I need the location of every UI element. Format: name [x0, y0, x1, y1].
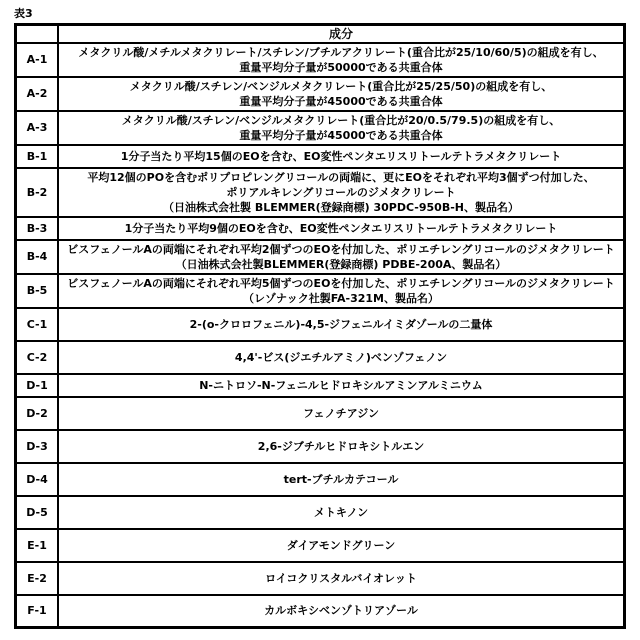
table-row: A-3メタクリル酸/スチレン/ベンジルメタクリレート(重合比が20/0.5/79…: [16, 111, 625, 145]
row-id-cell: F-1: [16, 595, 59, 628]
table-row: D-32,6-ジブチルヒドロキシトルエン: [16, 430, 625, 463]
table-row: D-2フェノチアジン: [16, 397, 625, 430]
table-caption: 表3: [14, 7, 627, 20]
table-row: F-1カルボキシベンゾトリアゾール: [16, 595, 625, 628]
row-id-cell: B-5: [16, 274, 59, 308]
row-component-cell: 4,4'-ビス(ジエチルアミノ)ベンゾフェノン: [58, 341, 625, 374]
row-component-cell: 1分子当たり平均9個のEOを含む、EO変性ペンタエリスリトールテトラメタクリレー…: [58, 217, 625, 240]
row-component-cell: ビスフェノールAの両端にそれぞれ平均5個ずつのEOを付加した、ポリエチレングリコ…: [58, 274, 625, 308]
row-component-cell: 2-(o-クロロフェニル)-4,5-ジフェニルイミダゾールの二量体: [58, 308, 625, 341]
row-component-cell: tert-ブチルカテコール: [58, 463, 625, 496]
row-id-cell: C-1: [16, 308, 59, 341]
table-row: B-4ビスフェノールAの両端にそれぞれ平均2個ずつのEOを付加した、ポリエチレン…: [16, 240, 625, 274]
table-row: D-1N-ニトロソ-N-フェニルヒドロキシルアミンアルミニウム: [16, 374, 625, 397]
document-page: 表3 成分 A-1メタクリル酸/メチルメタクリレート/スチレン/ブチルアクリレー…: [0, 0, 640, 640]
table-row: C-12-(o-クロロフェニル)-4,5-ジフェニルイミダゾールの二量体: [16, 308, 625, 341]
row-component-cell: フェノチアジン: [58, 397, 625, 430]
row-id-cell: D-3: [16, 430, 59, 463]
components-table: 成分 A-1メタクリル酸/メチルメタクリレート/スチレン/ブチルアクリレート(重…: [14, 23, 626, 629]
table-row: B-5ビスフェノールAの両端にそれぞれ平均5個ずつのEOを付加した、ポリエチレン…: [16, 274, 625, 308]
row-id-cell: D-2: [16, 397, 59, 430]
row-id-cell: E-2: [16, 562, 59, 595]
table-row: B-11分子当たり平均15個のEOを含む、EO変性ペンタエリスリトールテトラメタ…: [16, 145, 625, 168]
row-component-cell: メトキノン: [58, 496, 625, 529]
table-body: A-1メタクリル酸/メチルメタクリレート/スチレン/ブチルアクリレート(重合比が…: [16, 43, 625, 628]
row-component-cell: ロイコクリスタルバイオレット: [58, 562, 625, 595]
table-row: E-2ロイコクリスタルバイオレット: [16, 562, 625, 595]
row-component-cell: 1分子当たり平均15個のEOを含む、EO変性ペンタエリスリトールテトラメタクリレ…: [58, 145, 625, 168]
table-row: D-4tert-ブチルカテコール: [16, 463, 625, 496]
table-row: C-24,4'-ビス(ジエチルアミノ)ベンゾフェノン: [16, 341, 625, 374]
row-id-cell: A-3: [16, 111, 59, 145]
table-row: E-1ダイアモンドグリーン: [16, 529, 625, 562]
row-id-cell: A-2: [16, 77, 59, 111]
row-id-cell: D-5: [16, 496, 59, 529]
row-id-cell: E-1: [16, 529, 59, 562]
row-component-cell: 2,6-ジブチルヒドロキシトルエン: [58, 430, 625, 463]
row-component-cell: ダイアモンドグリーン: [58, 529, 625, 562]
row-component-cell: カルボキシベンゾトリアゾール: [58, 595, 625, 628]
row-id-cell: B-1: [16, 145, 59, 168]
table-row: A-1メタクリル酸/メチルメタクリレート/スチレン/ブチルアクリレート(重合比が…: [16, 43, 625, 77]
table-row: D-5メトキノン: [16, 496, 625, 529]
table-header: 成分: [16, 25, 625, 43]
row-id-cell: D-1: [16, 374, 59, 397]
header-id-cell: [16, 25, 59, 43]
row-component-cell: メタクリル酸/メチルメタクリレート/スチレン/ブチルアクリレート(重合比が25/…: [58, 43, 625, 77]
row-id-cell: B-2: [16, 168, 59, 217]
row-component-cell: メタクリル酸/スチレン/ベンジルメタクリレート(重合比が25/25/50)の組成…: [58, 77, 625, 111]
row-id-cell: C-2: [16, 341, 59, 374]
row-component-cell: メタクリル酸/スチレン/ベンジルメタクリレート(重合比が20/0.5/79.5)…: [58, 111, 625, 145]
table-row: B-31分子当たり平均9個のEOを含む、EO変性ペンタエリスリトールテトラメタク…: [16, 217, 625, 240]
row-component-cell: N-ニトロソ-N-フェニルヒドロキシルアミンアルミニウム: [58, 374, 625, 397]
header-component-cell: 成分: [58, 25, 625, 43]
row-id-cell: D-4: [16, 463, 59, 496]
table-row: B-2平均12個のPOを含むポリプロピレングリコールの両端に、更にEOをそれぞれ…: [16, 168, 625, 217]
row-id-cell: A-1: [16, 43, 59, 77]
row-id-cell: B-3: [16, 217, 59, 240]
table-row: A-2メタクリル酸/スチレン/ベンジルメタクリレート(重合比が25/25/50)…: [16, 77, 625, 111]
row-component-cell: ビスフェノールAの両端にそれぞれ平均2個ずつのEOを付加した、ポリエチレングリコ…: [58, 240, 625, 274]
row-id-cell: B-4: [16, 240, 59, 274]
header-row: 成分: [16, 25, 625, 43]
row-component-cell: 平均12個のPOを含むポリプロピレングリコールの両端に、更にEOをそれぞれ平均3…: [58, 168, 625, 217]
